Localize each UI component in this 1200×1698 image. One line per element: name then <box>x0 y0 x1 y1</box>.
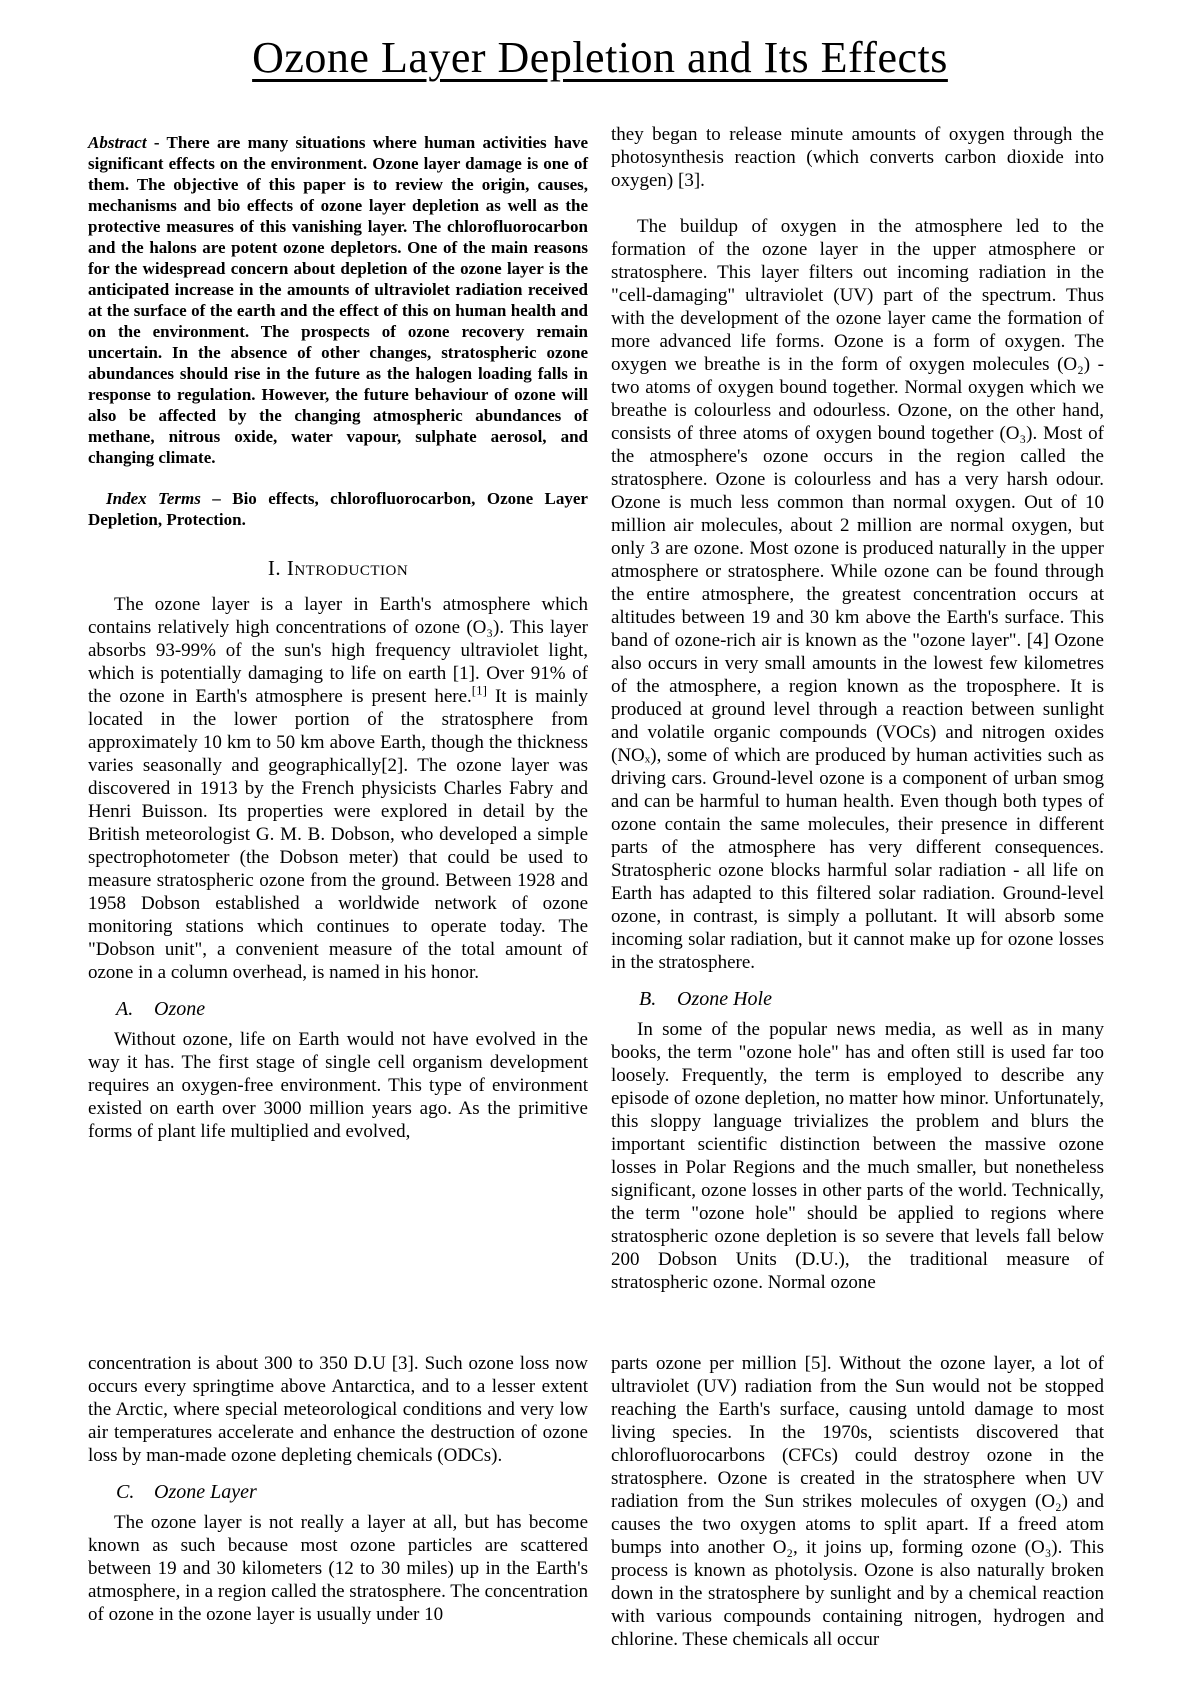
left-column-top: Abstract - There are many situations whe… <box>88 132 588 1143</box>
right-column-top: they began to release minute amounts of … <box>611 123 1104 1294</box>
paper-title: Ozone Layer Depletion and Its Effects <box>0 32 1200 83</box>
section-a-title: Ozone <box>154 998 205 1020</box>
section-b-paragraph: In some of the popular news media, as we… <box>611 1018 1104 1294</box>
left-continuation-paragraph: concentration is about 300 to 350 D.U [3… <box>88 1352 588 1467</box>
section-b-heading: B.Ozone Hole <box>639 988 1104 1011</box>
introduction-paragraph: The ozone layer is a layer in Earth's at… <box>88 593 588 984</box>
citation-superscript: [1] <box>472 683 487 698</box>
section-b-title: Ozone Hole <box>677 988 772 1010</box>
abstract-label: Abstract <box>88 133 147 152</box>
paper-page: Ozone Layer Depletion and Its Effects Ab… <box>0 0 1200 1698</box>
abstract-text: - There are many situations where human … <box>88 133 588 467</box>
section-a-heading: A.Ozone <box>116 998 588 1021</box>
right-paragraph-2: The buildup of oxygen in the atmosphere … <box>611 215 1104 974</box>
introduction-heading: I. Introduction <box>88 556 588 581</box>
left-column-bottom: concentration is about 300 to 350 D.U [3… <box>88 1352 588 1626</box>
right-column-bottom: parts ozone per million [5]. Without the… <box>611 1352 1104 1651</box>
section-c-heading: C.Ozone Layer <box>116 1481 588 1504</box>
index-terms-label: Index Terms <box>106 489 201 508</box>
section-a-paragraph: Without ozone, life on Earth would not h… <box>88 1028 588 1143</box>
abstract-paragraph: Abstract - There are many situations whe… <box>88 132 588 468</box>
section-a-number: A. <box>116 998 154 1021</box>
section-c-number: C. <box>116 1481 154 1504</box>
introduction-text-2: It is mainly located in the lower portio… <box>88 686 588 983</box>
section-c-title: Ozone Layer <box>154 1481 257 1503</box>
right-paragraph-1: they began to release minute amounts of … <box>611 123 1104 192</box>
section-c-paragraph: The ozone layer is not really a layer at… <box>88 1511 588 1626</box>
right-continuation-paragraph: parts ozone per million [5]. Without the… <box>611 1352 1104 1651</box>
index-terms-paragraph: Index Terms – Bio effects, chlorofluoroc… <box>88 488 588 530</box>
section-b-number: B. <box>639 988 677 1011</box>
